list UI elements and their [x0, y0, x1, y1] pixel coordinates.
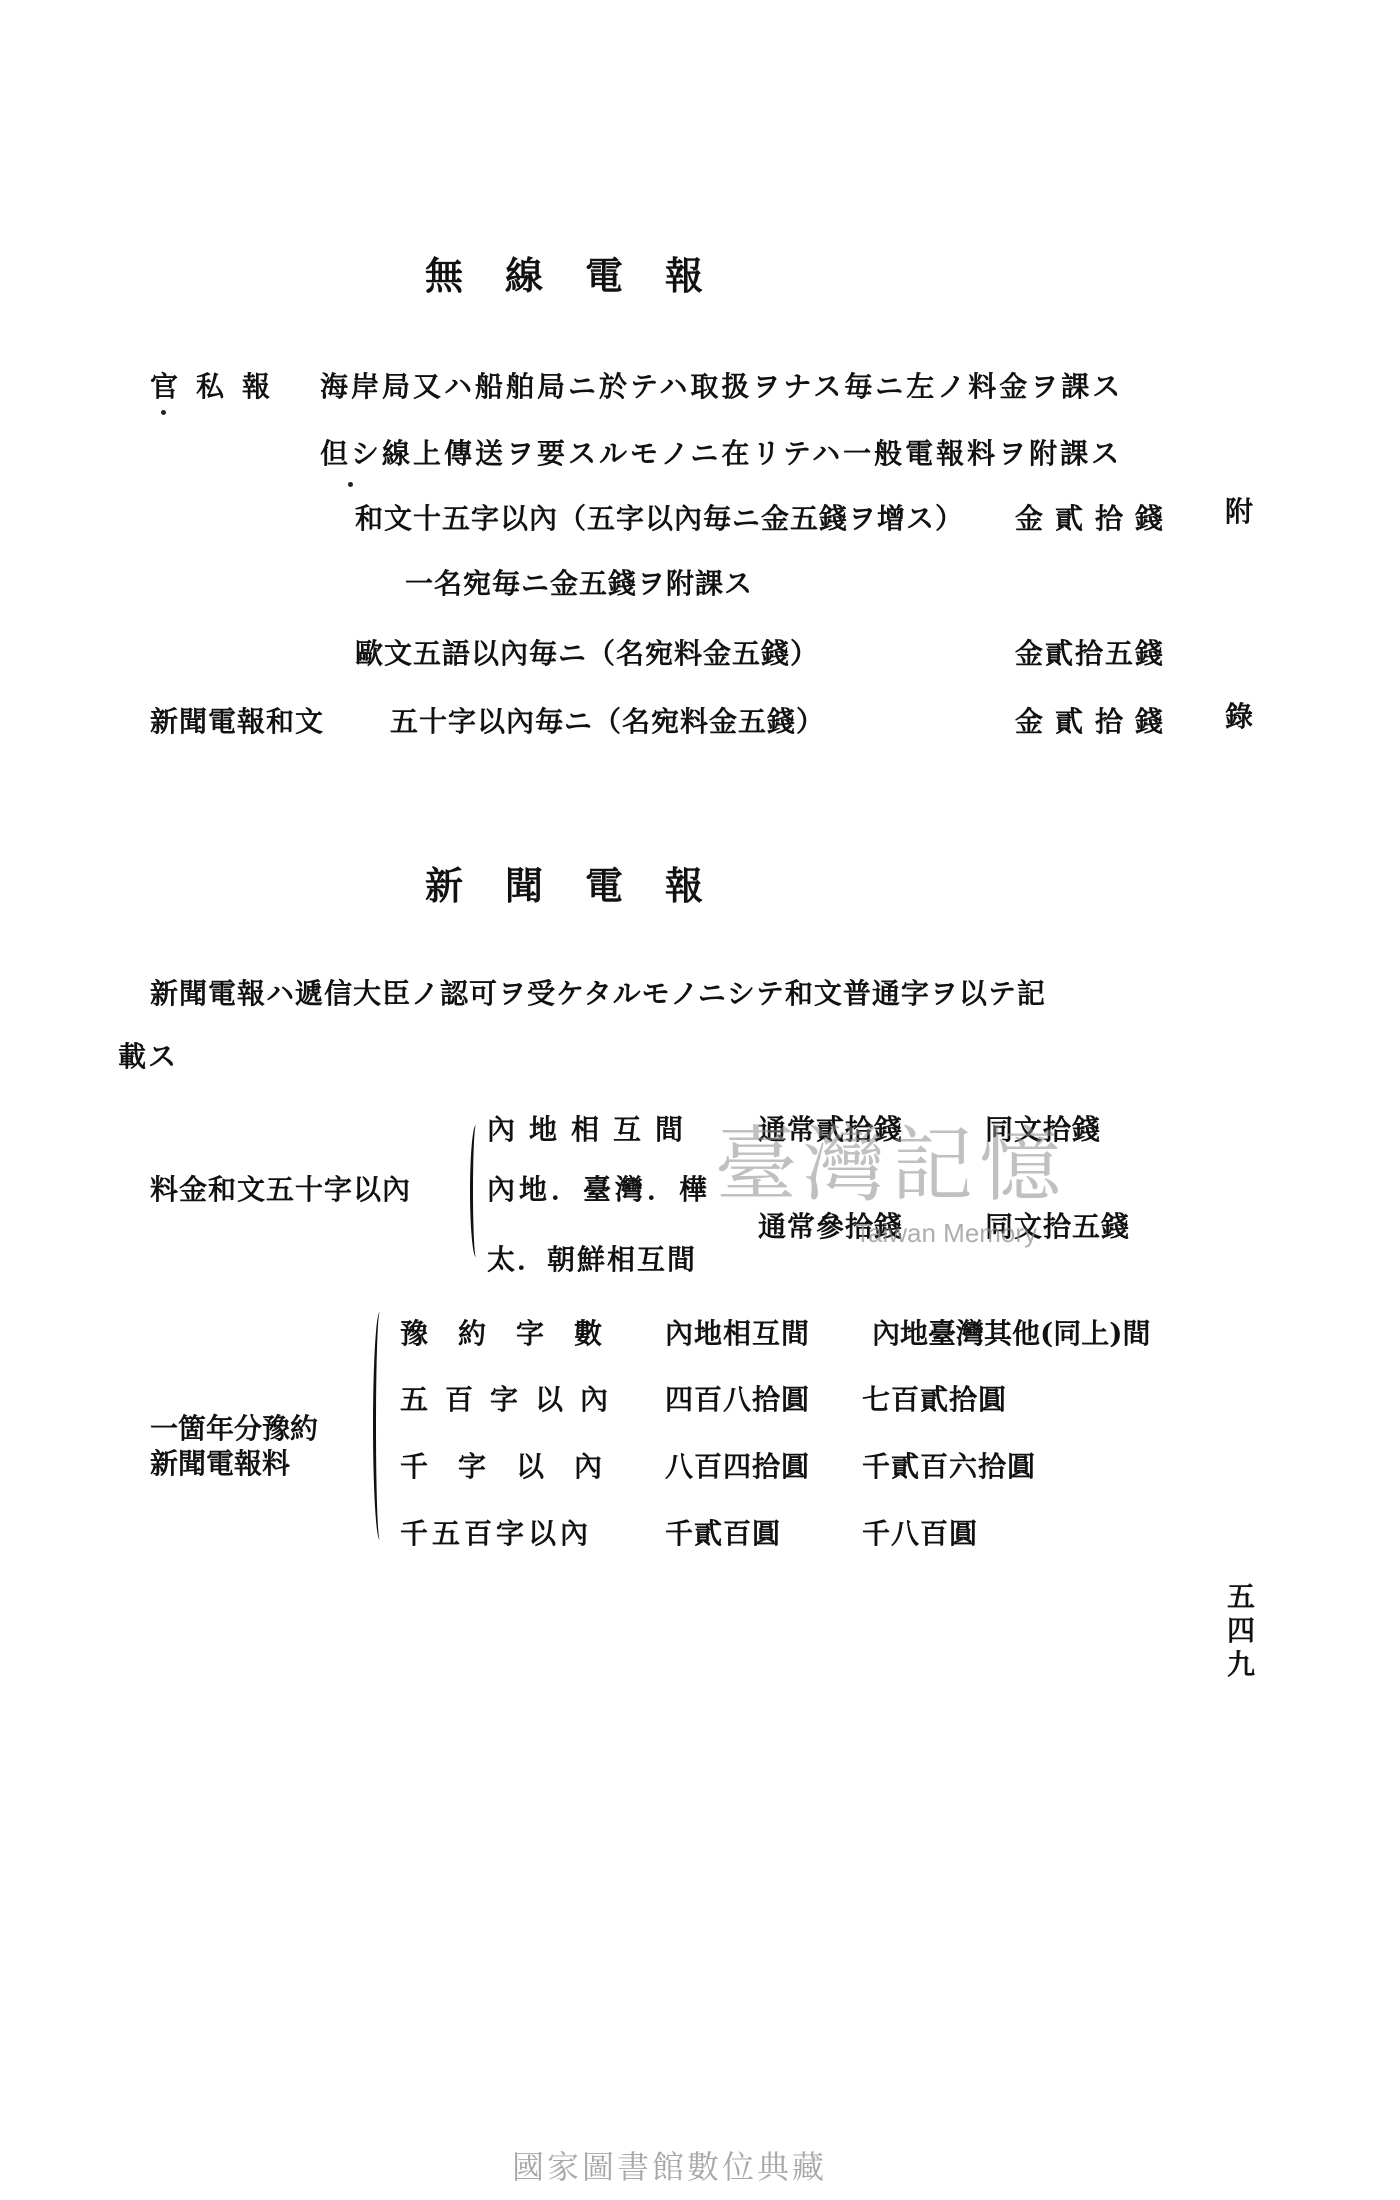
table-label: 新聞電報料	[150, 1442, 290, 1482]
route-cell: 太．朝鮮相互間	[487, 1238, 697, 1278]
header-cell: 豫約字數	[400, 1312, 632, 1352]
table-cell: 千五百字以內	[400, 1512, 592, 1552]
brace-icon	[470, 1125, 485, 1257]
header-cell: 內地臺灣其他(同上)間	[872, 1312, 1151, 1352]
row-amount: 金貳拾五錢	[1015, 632, 1165, 672]
table-cell: 千貳百圓	[665, 1512, 781, 1552]
row-text: 五十字以內毎ニ（名宛料金五錢）	[390, 700, 825, 740]
route-cell: 內地．臺灣．樺	[487, 1168, 711, 1208]
header-cell: 內地相互間	[665, 1312, 810, 1352]
ink-dot	[161, 410, 166, 415]
row-label-press-telegram: 新聞電報和文	[150, 700, 324, 740]
paragraph-line: 新聞電報ハ遞信大臣ノ認可ヲ受ケタルモノニシテ和文普通字ヲ以テ記	[150, 972, 1046, 1012]
ink-dot	[348, 482, 353, 487]
brace-icon	[373, 1312, 390, 1540]
table-cell: 千貳百六拾圓	[862, 1445, 1036, 1485]
page-number: 五四九	[1224, 1580, 1258, 1682]
route-cell: 內地相互間	[487, 1108, 697, 1148]
table-cell: 八百四拾圓	[665, 1445, 810, 1485]
table-cell: 四百八拾圓	[665, 1378, 810, 1418]
table-label: 料金和文五十字以內	[150, 1168, 411, 1208]
table-label: 一箇年分豫約	[150, 1407, 318, 1447]
watermark-subtext: Taiwan Memory	[855, 1218, 1037, 1249]
section-title-wireless-telegram: 無線電報	[425, 245, 745, 300]
paragraph-line: 載ス	[118, 1035, 178, 1075]
table-cell: 七百貳拾圓	[862, 1378, 1007, 1418]
row-text: 歐文五語以內毎ニ（名宛料金五錢）	[355, 632, 819, 672]
table-cell: 五百字以內	[400, 1378, 625, 1418]
row-text: 但シ線上傳送ヲ要スルモノニ在リテハ一般電報料ヲ附課ス	[320, 432, 1122, 472]
table-cell: 千八百圓	[862, 1512, 978, 1552]
section-title-press-telegram: 新聞電報	[425, 855, 745, 910]
row-amount: 金貳拾錢	[1015, 497, 1175, 537]
watermark-logo: 臺灣記憶	[715, 1100, 1067, 1217]
table-cell: 千字以內	[400, 1445, 632, 1485]
margin-appendix-char: 附	[1225, 490, 1253, 530]
row-text: 一名宛毎ニ金五錢ヲ附課ス	[405, 562, 753, 602]
footer-library-credit: 國家圖書館數位典藏	[512, 2142, 827, 2188]
row-text: 和文十五字以內（五字以內毎ニ金五錢ヲ增ス）	[355, 497, 964, 537]
row-amount: 金貳拾錢	[1015, 700, 1175, 740]
row-label-official-private: 官私報	[150, 365, 288, 405]
row-text: 海岸局又ハ船舶局ニ於テハ取扱ヲナス毎ニ左ノ料金ヲ課ス	[320, 365, 1123, 405]
margin-record-char: 錄	[1225, 695, 1253, 735]
